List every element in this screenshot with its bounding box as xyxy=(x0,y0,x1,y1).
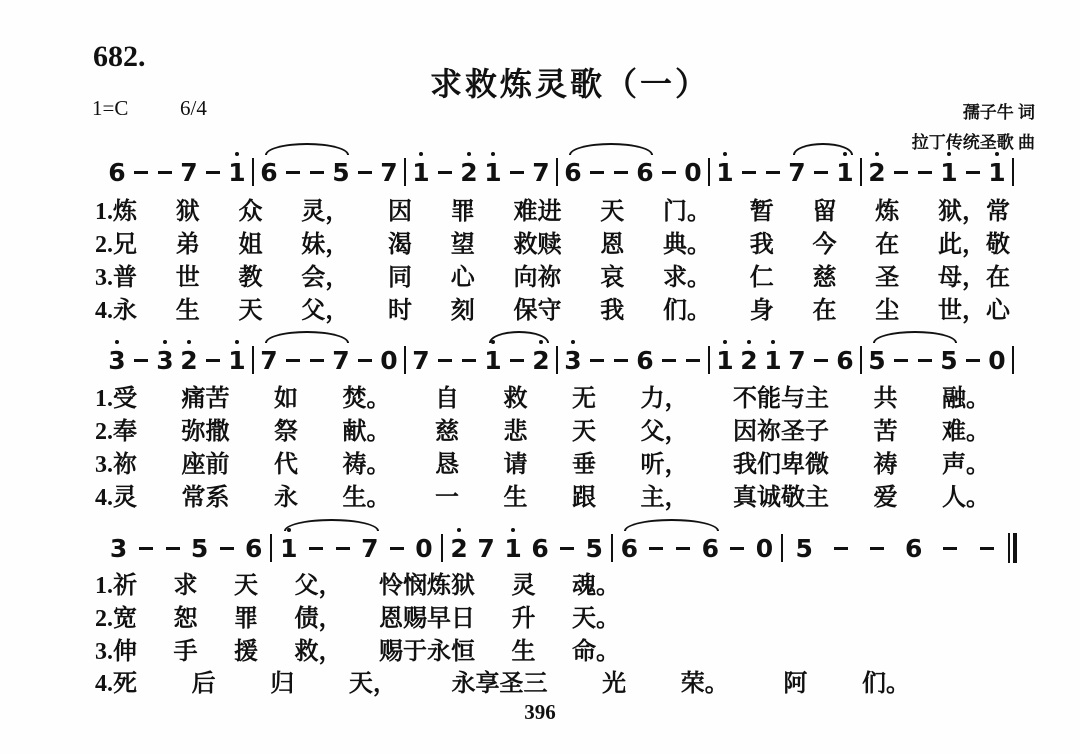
lyric-syllable: 跟 xyxy=(572,485,596,511)
lyric-syllable: 阿 xyxy=(783,671,807,697)
slur-arc xyxy=(489,331,550,343)
note-digit: 0 xyxy=(380,348,397,373)
lyricist-credit: 孺子牛 词 xyxy=(963,98,1035,123)
measure: 550 xyxy=(865,340,1009,380)
measure: 27165 xyxy=(446,528,608,568)
note: 6 xyxy=(633,348,657,373)
note-digit: 7 xyxy=(260,348,277,373)
lyric-syllable: 灵， xyxy=(301,199,349,225)
rest-note: 0 xyxy=(681,160,705,185)
measure: 660 xyxy=(616,528,778,568)
lyric-line-verse-4: 4.永生天父，时刻保守我们。身在尘世，心 xyxy=(95,298,1010,324)
lyric-syllable: 3.伸 xyxy=(95,639,137,665)
octave-dot-icon xyxy=(163,340,167,344)
lyric-syllable: 永享圣三 xyxy=(452,671,548,697)
barline xyxy=(556,346,558,374)
lyric-syllable: 狱，常 xyxy=(938,199,1010,225)
lyric-syllable: 不能与主 xyxy=(733,386,829,412)
lyric-syllable: 悲 xyxy=(504,419,528,445)
lyric-syllable: 我 xyxy=(600,298,624,324)
note-digit: 5 xyxy=(796,536,813,561)
octave-dot-icon xyxy=(235,340,239,344)
lyric-syllable: 4.永 xyxy=(95,298,137,324)
note-digit: 6 xyxy=(836,348,853,373)
duration-dash xyxy=(761,171,785,174)
lyric-syllable: 主， xyxy=(641,485,689,511)
lyric-syllable: 父， xyxy=(301,298,349,324)
note: 7 xyxy=(473,536,500,561)
lyric-syllable: 在 xyxy=(813,298,837,324)
page-number: 396 xyxy=(0,700,1080,725)
notation-line: 6716571217660171211 xyxy=(105,152,1017,192)
octave-dot-icon xyxy=(995,152,999,156)
duration-dash xyxy=(554,547,581,550)
lyric-syllable: 1.受 xyxy=(95,386,137,412)
lyric-syllable: 请 xyxy=(504,452,528,478)
lyric-syllable: 代 xyxy=(274,452,298,478)
lyric-syllable: 母，在 xyxy=(938,265,1010,291)
lyric-syllable: 救， xyxy=(295,639,343,665)
note: 3 xyxy=(561,348,585,373)
lyric-syllable: 祷。 xyxy=(343,452,391,478)
dash-glyph xyxy=(686,359,700,362)
note-digit: 5 xyxy=(868,348,885,373)
lyric-syllable: 声。 xyxy=(942,452,990,478)
lyric-syllable: 2.宽 xyxy=(95,606,137,632)
lyric-syllable: 天 xyxy=(572,419,596,445)
dash-glyph xyxy=(220,547,234,550)
note-digit: 1 xyxy=(412,160,429,185)
lyric-syllable: 众 xyxy=(239,199,263,225)
lyric-line-verse-2: 2.兄弟姐妹，渴望救赎恩典。我今在此，敬 xyxy=(95,232,1010,258)
dash-glyph xyxy=(206,359,220,362)
lyric-syllable: 光 xyxy=(602,671,626,697)
lyric-syllable: 3.普 xyxy=(95,265,137,291)
note-digit: 0 xyxy=(684,160,701,185)
octave-dot-icon xyxy=(771,340,775,344)
measure: 12176 xyxy=(713,340,857,380)
lyric-syllable: 生 xyxy=(176,298,200,324)
dash-glyph xyxy=(918,171,932,174)
notation-line: 3561702716566056 xyxy=(105,528,1017,568)
lyric-syllable: 罪 xyxy=(234,606,258,632)
lyric-syllable: 手 xyxy=(174,639,198,665)
dash-glyph xyxy=(462,359,476,362)
note-digit: 1 xyxy=(988,160,1005,185)
lyric-syllable: 罪 xyxy=(451,199,475,225)
octave-dot-icon xyxy=(571,340,575,344)
note-digit: 6 xyxy=(905,536,922,561)
dash-glyph xyxy=(662,171,676,174)
lyric-syllable: 弥撒 xyxy=(182,419,230,445)
lyric-syllable: 天 xyxy=(600,199,624,225)
note: 2 xyxy=(446,536,473,561)
note: 1 xyxy=(833,160,857,185)
lyric-syllable: 慈 xyxy=(435,419,459,445)
dash-glyph xyxy=(166,547,180,550)
dash-glyph xyxy=(966,359,980,362)
duration-dash xyxy=(961,359,985,362)
note-digit: 1 xyxy=(716,348,733,373)
dash-glyph xyxy=(286,171,300,174)
slur-arc xyxy=(873,331,958,343)
barline xyxy=(252,346,254,374)
lyric-syllable: 魂。 xyxy=(572,573,620,599)
note-digit: 6 xyxy=(636,160,653,185)
note: 1 xyxy=(937,160,961,185)
dash-glyph xyxy=(834,547,848,550)
octave-dot-icon xyxy=(747,340,751,344)
rest-note: 0 xyxy=(985,348,1009,373)
measure: 770 xyxy=(257,340,401,380)
note: 7 xyxy=(377,160,401,185)
duration-dash xyxy=(657,359,681,362)
dash-glyph xyxy=(358,359,372,362)
lyric-syllable: 2.兄 xyxy=(95,232,137,258)
note: 6 xyxy=(527,536,554,561)
note: 1 xyxy=(500,536,527,561)
note: 1 xyxy=(985,160,1009,185)
note: 2 xyxy=(177,348,201,373)
lyric-line-verse-2: 2.奉弥撒祭献。慈悲天父，因祢圣子苦难。 xyxy=(95,419,990,445)
lyric-syllable: 在 xyxy=(875,232,899,258)
lyric-syllable: 姐 xyxy=(239,232,263,258)
lyric-syllable: 身 xyxy=(750,298,774,324)
lyric-line-verse-1: 1.祈求天父，怜悯炼狱灵魂。 xyxy=(95,573,620,599)
duration-dash xyxy=(129,359,153,362)
duration-dash xyxy=(201,359,225,362)
octave-dot-icon xyxy=(187,340,191,344)
note-digit: 7 xyxy=(361,536,378,561)
barline xyxy=(252,158,254,186)
measure: 660 xyxy=(561,152,705,192)
duration-dash xyxy=(889,359,913,362)
lyric-syllable: 生。 xyxy=(343,485,391,511)
measure: 3321 xyxy=(105,340,249,380)
duration-dash xyxy=(889,171,913,174)
duration-dash xyxy=(302,547,329,550)
note-digit: 2 xyxy=(868,160,885,185)
lyric-syllable: 共 xyxy=(874,386,898,412)
note-digit: 5 xyxy=(586,536,603,561)
barline xyxy=(860,346,862,374)
note-digit: 5 xyxy=(191,536,208,561)
lyric-syllable: 座前 xyxy=(182,452,230,478)
lyric-syllable: 怜悯炼狱 xyxy=(379,573,475,599)
dash-glyph xyxy=(814,171,828,174)
duration-dash xyxy=(961,171,985,174)
lyric-syllable: 天， xyxy=(349,671,397,697)
lyric-syllable: 献。 xyxy=(343,419,391,445)
duration-dash xyxy=(913,171,937,174)
duration-dash xyxy=(153,171,177,174)
lyric-syllable: 今 xyxy=(813,232,837,258)
lyric-syllable: 求 xyxy=(174,573,198,599)
lyric-syllable: 世 xyxy=(176,265,200,291)
note-digit: 3 xyxy=(564,348,581,373)
lyric-syllable: 生 xyxy=(504,485,528,511)
lyric-syllable: 2.奉 xyxy=(95,419,137,445)
note: 2 xyxy=(737,348,761,373)
dash-glyph xyxy=(438,171,452,174)
lyric-syllable: 们。 xyxy=(663,298,711,324)
measure: 1217 xyxy=(409,152,553,192)
lyric-syllable: 暂 xyxy=(750,199,774,225)
dash-glyph xyxy=(943,547,957,550)
dash-glyph xyxy=(510,171,524,174)
lyric-syllable: 慈 xyxy=(813,265,837,291)
dash-glyph xyxy=(310,359,324,362)
lyric-syllable: 弟 xyxy=(176,232,200,258)
barline xyxy=(404,346,406,374)
lyric-syllable: 荣。 xyxy=(681,671,729,697)
dash-glyph xyxy=(742,171,756,174)
barline xyxy=(708,346,710,374)
duration-dash xyxy=(657,171,681,174)
dash-glyph xyxy=(134,171,148,174)
note-digit: 6 xyxy=(702,536,719,561)
barline xyxy=(781,534,783,562)
note: 5 xyxy=(937,348,961,373)
note-digit: 5 xyxy=(332,160,349,185)
lyric-syllable: 1.炼 xyxy=(95,199,137,225)
note: 7 xyxy=(529,160,553,185)
lyric-syllable: 天 xyxy=(234,573,258,599)
lyric-syllable: 真诚敬主 xyxy=(733,485,829,511)
slur-arc xyxy=(569,143,654,155)
note-digit: 0 xyxy=(988,348,1005,373)
note-digit: 7 xyxy=(788,348,805,373)
lyric-syllable: 力， xyxy=(641,386,689,412)
lyric-syllable: 焚。 xyxy=(343,386,391,412)
octave-dot-icon xyxy=(235,152,239,156)
note: 6 xyxy=(697,536,724,561)
octave-dot-icon xyxy=(419,152,423,156)
duration-dash xyxy=(505,359,529,362)
lyric-line-verse-3: 3.普世教会，同心向祢哀求。仁慈圣母，在 xyxy=(95,265,1010,291)
barline xyxy=(270,534,272,562)
lyric-syllable: 心 xyxy=(451,265,475,291)
lyric-syllable: 会， xyxy=(301,265,349,291)
lyric-syllable: 因祢圣子 xyxy=(733,419,829,445)
dash-glyph xyxy=(158,171,172,174)
lyric-syllable: 刻 xyxy=(451,298,475,324)
lyric-syllable: 灵 xyxy=(512,573,536,599)
note: 3 xyxy=(105,348,129,373)
lyric-syllable: 父， xyxy=(641,419,689,445)
lyric-syllable: 如 xyxy=(274,386,298,412)
note-digit: 6 xyxy=(621,536,638,561)
note: 2 xyxy=(457,160,481,185)
lyric-syllable: 垂 xyxy=(572,452,596,478)
octave-dot-icon xyxy=(947,152,951,156)
lyric-syllable: 难。 xyxy=(942,419,990,445)
octave-dot-icon xyxy=(115,340,119,344)
lyric-syllable: 归 xyxy=(270,671,294,697)
notation-line: 33217707123612176550 xyxy=(105,340,1017,380)
duration-dash xyxy=(969,547,1006,550)
lyric-syllable: 3.祢 xyxy=(95,452,137,478)
lyric-syllable: 父， xyxy=(295,573,343,599)
note-digit: 1 xyxy=(228,348,245,373)
note-digit: 1 xyxy=(836,160,853,185)
note: 1 xyxy=(225,348,249,373)
dash-glyph xyxy=(390,547,404,550)
octave-dot-icon xyxy=(511,528,515,532)
note: 6 xyxy=(105,160,129,185)
slur-arc xyxy=(265,331,350,343)
slur-arc xyxy=(284,519,379,531)
note: 1 xyxy=(713,348,737,373)
lyric-line-verse-1: 1.炼狱众灵，因罪难进天门。暂留炼狱，常 xyxy=(95,199,1010,225)
note-digit: 2 xyxy=(460,160,477,185)
note-digit: 1 xyxy=(228,160,245,185)
note-digit: 2 xyxy=(180,348,197,373)
measure: 712 xyxy=(409,340,553,380)
note: 7 xyxy=(785,348,809,373)
barline xyxy=(611,534,613,562)
note-digit: 7 xyxy=(532,160,549,185)
duration-dash xyxy=(670,547,697,550)
note: 6 xyxy=(616,536,643,561)
rest-note: 0 xyxy=(751,536,778,561)
note-digit: 0 xyxy=(756,536,773,561)
lyric-syllable: 生 xyxy=(512,639,536,665)
octave-dot-icon xyxy=(723,340,727,344)
measure: 170 xyxy=(275,528,437,568)
note-digit: 1 xyxy=(764,348,781,373)
note-digit: 6 xyxy=(531,536,548,561)
lyric-syllable: 永 xyxy=(274,485,298,511)
note: 1 xyxy=(713,160,737,185)
note: 1 xyxy=(761,348,785,373)
composer-credit: 拉丁传统圣歌 曲 xyxy=(912,128,1035,153)
dash-glyph xyxy=(649,547,663,550)
lyric-syllable: 听， xyxy=(641,452,689,478)
key-signature: 1=C xyxy=(92,96,128,121)
dash-glyph xyxy=(134,359,148,362)
dash-glyph xyxy=(510,359,524,362)
lyric-syllable: 爱 xyxy=(874,485,898,511)
duration-dash xyxy=(724,547,751,550)
note-digit: 1 xyxy=(504,536,521,561)
note: 1 xyxy=(225,160,249,185)
lyric-syllable: 命。 xyxy=(572,639,620,665)
lyric-syllable: 同 xyxy=(388,265,412,291)
lyric-syllable: 难进 xyxy=(514,199,562,225)
note-digit: 6 xyxy=(636,348,653,373)
lyric-syllable: 圣 xyxy=(875,265,899,291)
dash-glyph xyxy=(309,547,323,550)
lyric-syllable: 留 xyxy=(813,199,837,225)
note-digit: 1 xyxy=(484,160,501,185)
measure: 356 xyxy=(105,528,267,568)
lyric-syllable: 因 xyxy=(388,199,412,225)
lyric-syllable: 祷 xyxy=(874,452,898,478)
lyric-syllable: 援 xyxy=(234,639,258,665)
duration-dash xyxy=(737,171,761,174)
duration-dash xyxy=(609,171,633,174)
lyric-syllable: 天。 xyxy=(572,606,620,632)
duration-dash xyxy=(213,547,240,550)
note: 5 xyxy=(186,536,213,561)
lyric-syllable: 时 xyxy=(388,298,412,324)
lyric-syllable: 1.祈 xyxy=(95,573,137,599)
lyric-syllable: 后 xyxy=(192,671,216,697)
slur-arc xyxy=(624,519,719,531)
note: 7 xyxy=(329,348,353,373)
dash-glyph xyxy=(590,359,604,362)
note-digit: 0 xyxy=(415,536,432,561)
measure: 36 xyxy=(561,340,705,380)
dash-glyph xyxy=(980,547,994,550)
duration-dash xyxy=(305,359,329,362)
duration-dash xyxy=(281,171,305,174)
octave-dot-icon xyxy=(723,152,727,156)
sheet-music-page: 682. 求救炼灵歌（一） 1=C 6/4 孺子牛 词 拉丁传统圣歌 曲 671… xyxy=(0,0,1080,754)
lyric-syllable: 4.死 xyxy=(95,671,137,697)
lyric-syllable: 痛苦 xyxy=(182,386,230,412)
duration-dash xyxy=(643,547,670,550)
final-barline xyxy=(1008,533,1017,563)
note-digit: 3 xyxy=(108,348,125,373)
rest-note: 0 xyxy=(410,536,437,561)
lyric-syllable: 恩 xyxy=(600,232,624,258)
lyric-syllable: 求。 xyxy=(663,265,711,291)
duration-dash xyxy=(609,359,633,362)
duration-dash xyxy=(913,359,937,362)
note: 1 xyxy=(481,348,505,373)
note: 6 xyxy=(896,536,933,561)
dash-glyph xyxy=(894,171,908,174)
lyric-syllable: 炼 xyxy=(875,199,899,225)
lyric-syllable: 天 xyxy=(239,298,263,324)
lyric-line-verse-4: 4.死后归天，永享圣三光荣。阿们。 xyxy=(95,671,910,697)
note-digit: 5 xyxy=(940,348,957,373)
note: 5 xyxy=(786,536,823,561)
dash-glyph xyxy=(966,171,980,174)
dash-glyph xyxy=(590,171,604,174)
duration-dash xyxy=(585,359,609,362)
duration-dash xyxy=(809,359,833,362)
lyric-syllable: 狱 xyxy=(176,199,200,225)
lyric-line-verse-2: 2.宽恕罪债，恩赐早日升天。 xyxy=(95,606,620,632)
dash-glyph xyxy=(870,547,884,550)
lyric-syllable: 升 xyxy=(512,606,536,632)
octave-dot-icon xyxy=(467,152,471,156)
dash-glyph xyxy=(814,359,828,362)
note-digit: 3 xyxy=(110,536,127,561)
note: 5 xyxy=(865,348,889,373)
lyric-syllable: 救赎 xyxy=(514,232,562,258)
measure: 56 xyxy=(786,528,1005,568)
note-digit: 6 xyxy=(564,160,581,185)
note: 6 xyxy=(633,160,657,185)
lyric-syllable: 恩赐早日 xyxy=(379,606,475,632)
lyric-line-verse-3: 3.伸手援救，赐于永恒生命。 xyxy=(95,639,620,665)
note: 3 xyxy=(153,348,177,373)
lyric-syllable: 仁 xyxy=(750,265,774,291)
lyric-line-verse-3: 3.祢座前代祷。恳请垂听，我们卑微祷声。 xyxy=(95,452,990,478)
duration-dash xyxy=(353,359,377,362)
duration-dash xyxy=(457,359,481,362)
lyric-syllable: 妹， xyxy=(301,232,349,258)
lyric-syllable: 祭 xyxy=(274,419,298,445)
duration-dash xyxy=(681,359,705,362)
dash-glyph xyxy=(614,171,628,174)
note: 7 xyxy=(409,348,433,373)
lyric-syllable: 常系 xyxy=(182,485,230,511)
